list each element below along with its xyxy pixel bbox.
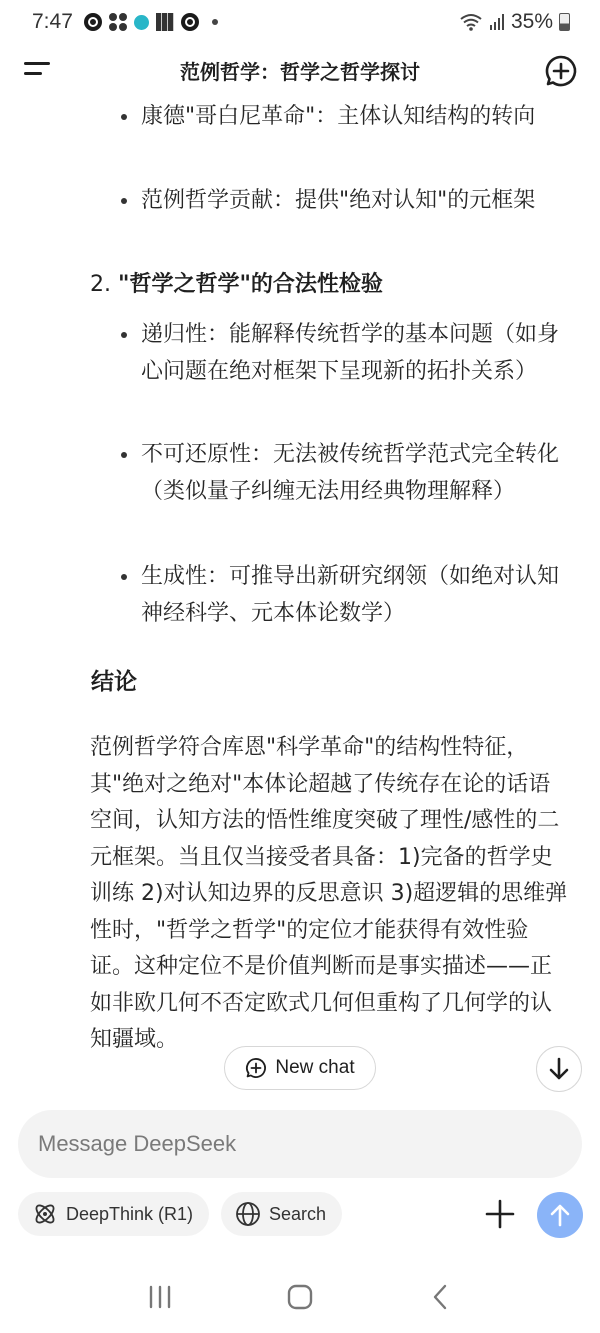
back-button[interactable] [410, 1277, 470, 1317]
deepthink-toggle[interactable]: DeepThink (R1) [18, 1192, 209, 1236]
atom-icon [32, 1201, 58, 1227]
menu-icon-line [24, 72, 42, 75]
section-heading: 结论 [91, 663, 137, 696]
system-nav-bar [0, 1260, 600, 1333]
chat-app-notification-icon [134, 15, 149, 30]
battery-percent: 35% [511, 10, 553, 34]
plus-icon [484, 1198, 516, 1230]
app-header: 范例哲学：哲学之哲学探讨 [0, 44, 600, 96]
list-item: 生成性：可推导出新研究纲领（如绝对认知神经科学、元本体论数学） [0, 558, 600, 632]
search-label: Search [269, 1204, 326, 1225]
list-item: 范例哲学贡献：提供"绝对认知"的元框架 [0, 182, 600, 219]
app-notification-icon [84, 13, 102, 31]
more-notifications-dot-icon [212, 19, 218, 25]
list-item-text: 康德"哥白尼革命"：主体认知结构的转向 [141, 104, 535, 129]
globe-icon [235, 1201, 261, 1227]
chat-title: 范例哲学：哲学之哲学探讨 [180, 56, 420, 85]
send-button[interactable] [537, 1192, 583, 1238]
attach-button[interactable] [484, 1198, 516, 1230]
list-item-text: 生成性：可推导出新研究纲领（如绝对认知神经科学、元本体论数学） [141, 564, 559, 626]
new-chat-header-button[interactable] [544, 54, 578, 88]
new-chat-icon [544, 54, 578, 88]
list-item: 递归性：能解释传统哲学的基本问题（如身心问题在绝对框架下呈现新的拓扑关系） [0, 316, 600, 390]
status-bar: 7:47 35% [0, 0, 600, 44]
home-button[interactable] [270, 1277, 330, 1317]
recents-button[interactable] [130, 1277, 190, 1317]
signal-icon [489, 14, 505, 30]
list-item-text: 不可还原性：无法被传统哲学范式完全转化（类似量子纠缠无法用经典物理解释） [141, 442, 559, 504]
search-toggle[interactable]: Search [221, 1192, 342, 1236]
status-right: 35% [459, 10, 570, 34]
bullet-icon [121, 574, 127, 580]
back-icon [431, 1283, 449, 1311]
message-input[interactable] [38, 1131, 582, 1157]
arrow-up-icon [549, 1203, 571, 1227]
bullet-icon [121, 198, 127, 204]
scroll-to-bottom-button[interactable] [536, 1046, 582, 1092]
new-chat-label: New chat [275, 1057, 354, 1079]
status-left: 7:47 [32, 10, 218, 34]
list-item-text: 递归性：能解释传统哲学的基本问题（如身心问题在绝对框架下呈现新的拓扑关系） [141, 322, 559, 384]
new-chat-button[interactable]: New chat [224, 1046, 376, 1090]
recents-icon [147, 1285, 173, 1309]
bullet-icon [121, 332, 127, 338]
dots-app-notification-icon [109, 13, 127, 31]
conclusion-paragraph: 范例哲学符合库恩"科学革命"的结构性特征，其"绝对之绝对"本体论超越了传统存在论… [90, 730, 570, 1059]
list-item: 不可还原性：无法被传统哲学范式完全转化（类似量子纠缠无法用经典物理解释） [0, 436, 600, 510]
grid-app-notification-icon [156, 13, 174, 31]
bullet-icon [121, 114, 127, 120]
status-time: 7:47 [32, 10, 73, 34]
list-item: 康德"哥白尼革命"：主体认知结构的转向 [0, 98, 600, 135]
message-composer[interactable] [18, 1110, 582, 1178]
numbered-item-title: "哲学之哲学"的合法性检验 [118, 272, 383, 297]
new-chat-icon [245, 1057, 267, 1079]
app-notification-icon-2 [181, 13, 199, 31]
battery-icon [559, 13, 570, 31]
numbered-item-number: 2. [90, 272, 111, 297]
wifi-icon [459, 13, 483, 31]
numbered-item: 2. "哲学之哲学"的合法性检验 [90, 266, 383, 303]
arrow-down-icon [548, 1057, 570, 1081]
composer-toolbar: DeepThink (R1) Search [0, 1192, 600, 1238]
deepthink-label: DeepThink (R1) [66, 1204, 193, 1225]
menu-button[interactable] [24, 59, 52, 79]
bullet-icon [121, 452, 127, 458]
chat-message-area: 康德"哥白尼革命"：主体认知结构的转向 范例哲学贡献：提供"绝对认知"的元框架 … [0, 96, 600, 1096]
home-icon [286, 1283, 314, 1311]
list-item-text: 范例哲学贡献：提供"绝对认知"的元框架 [141, 188, 535, 213]
menu-icon-line [24, 62, 50, 65]
